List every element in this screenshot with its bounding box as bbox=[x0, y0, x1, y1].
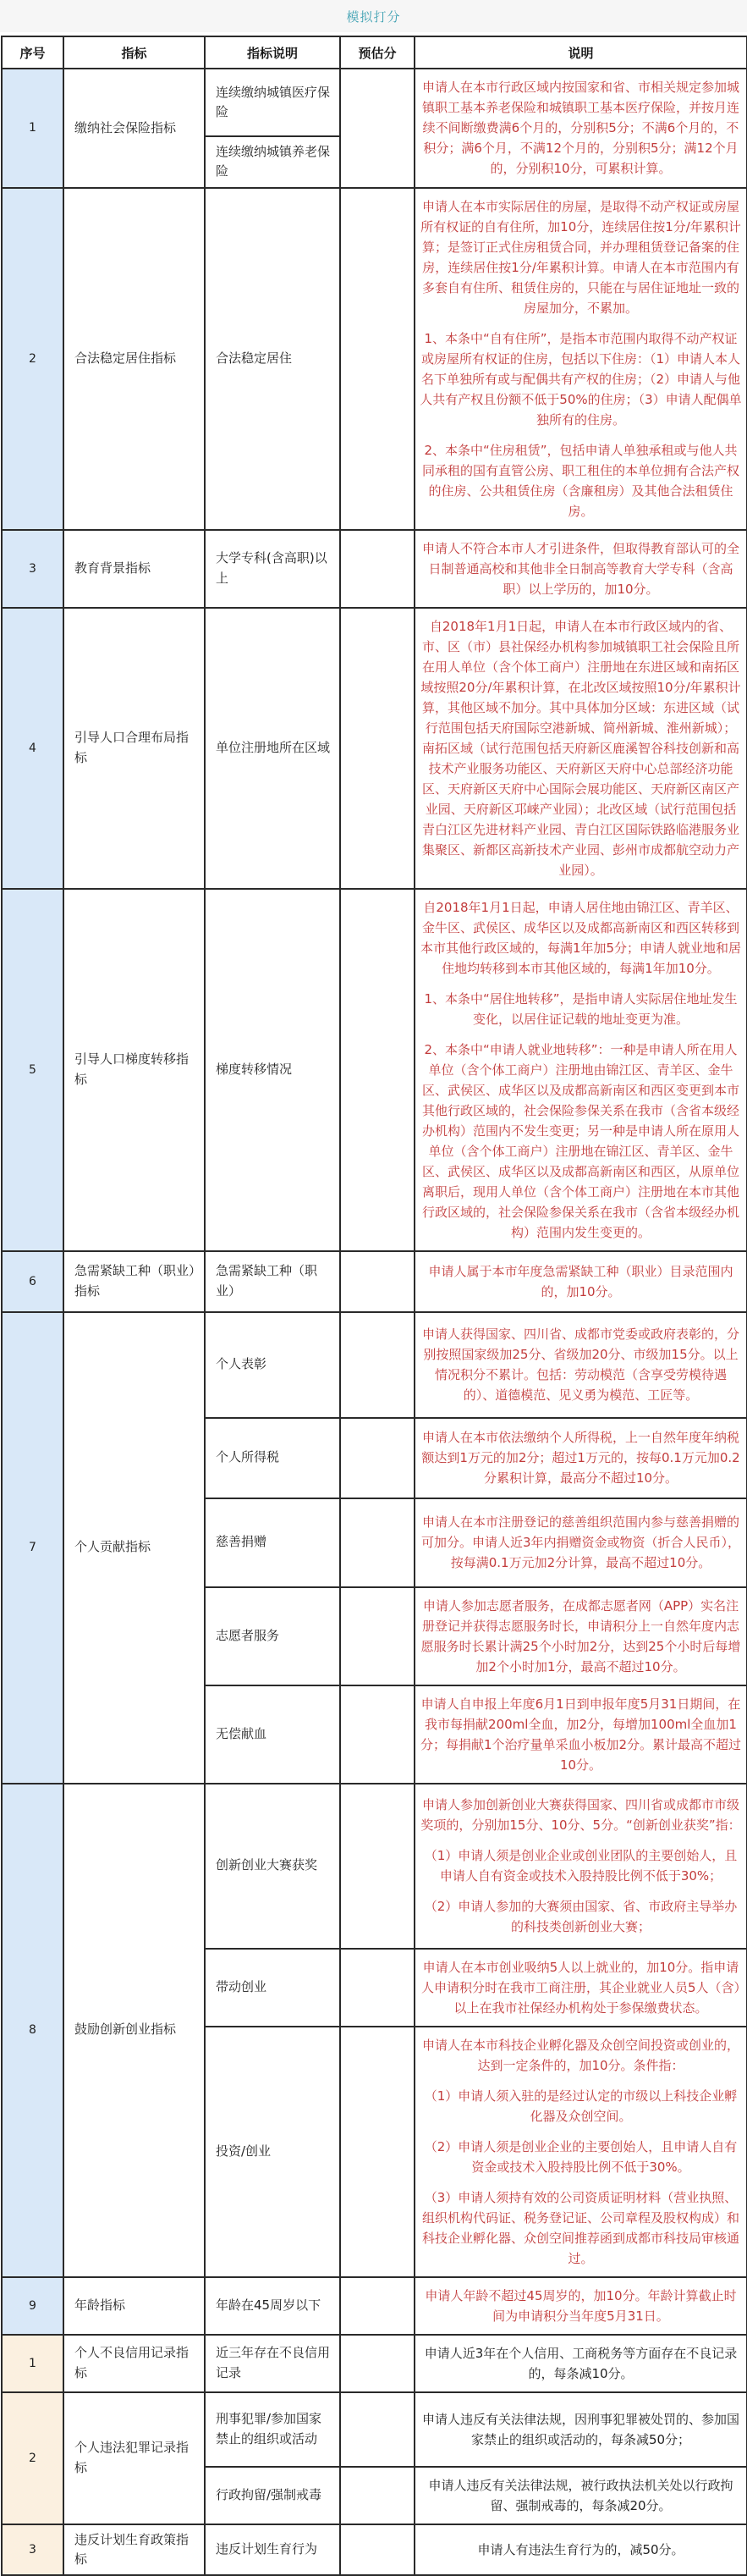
scoring-table: 序号 指标 指标说明 预估分 说明 1 缴纳社会保险指标 连续缴纳城镇医疗保险 … bbox=[1, 36, 747, 2576]
table-row: 3 教育背景指标 大学专科(含高职)以上 申请人不符合本市人才引进条件，但取得教… bbox=[2, 530, 747, 608]
explanation-paragraph: 申请人在本市注册登记的慈善组织范围内参与慈善捐赠的可加分。申请人近3年内捐赠资金… bbox=[420, 1512, 742, 1573]
explanation-paragraph: 申请人年龄不超过45周岁的，加10分。年龄计算截止时间为申请积分当年度5月31日… bbox=[420, 2286, 742, 2326]
indicator-cell: 引导人口合理布局指标 bbox=[63, 608, 205, 889]
explanation-cell: 申请人自申报上年度6月1日到申报年度5月31日期间，在我市每捐献200ml全血，… bbox=[415, 1685, 747, 1784]
estimated-score-cell bbox=[340, 1587, 415, 1685]
explanation-paragraph: 申请人违反有关法律法规，被行政执法机关处以行政拘留、强制戒毒的，每条减20分。 bbox=[420, 2475, 742, 2516]
explanation-paragraph: 自2018年1月1日起，申请人居住地由锦江区、青羊区、金牛区、武侯区、成华区以及… bbox=[420, 897, 742, 979]
explanation-paragraph: （2）申请人须是创业企业的主要创始人，且申请人自有资金或技术入股持股比例不低于3… bbox=[420, 2137, 742, 2177]
explanation-cell: 自2018年1月1日起，申请人在本市行政区域内的省、市、区（市）县社保经办机构参… bbox=[415, 608, 747, 889]
indicator-cell: 违反计划生育政策指标 bbox=[63, 2524, 205, 2576]
indicator-desc-cell: 创新创业大赛获奖 bbox=[205, 1784, 340, 1949]
explanation-paragraph: 申请人违反有关法律法规，因刑事犯罪被处罚的、参加国家禁止的组织或活动的，每条减5… bbox=[420, 2409, 742, 2450]
explanation-paragraph: 申请人近3年在个人信用、工商税务等方面存在不良记录的，每条减10分。 bbox=[420, 2343, 742, 2384]
explanation-paragraph: 申请人在本市科技企业孵化器及众创空间投资或创业的，达到一定条件的，加10分。条件… bbox=[420, 2035, 742, 2076]
explanation-cell: 申请人在本市行政区域内按国家和省、市相关规定参加城镇职工基本养老保险和城镇职工基… bbox=[415, 69, 747, 188]
indicator-cell: 合法稳定居住指标 bbox=[63, 188, 205, 530]
explanation-paragraph: 2、本条中“申请人就业地转移”：一种是申请人所在用人单位（含个体工商户）注册地由… bbox=[420, 1040, 742, 1243]
estimated-score-cell bbox=[340, 2467, 415, 2524]
page-title: 模拟打分 bbox=[346, 8, 400, 25]
explanation-paragraph: （1）申请人须是创业企业或创业团队的主要创始人，且申请人自有资金或技术入股持股比… bbox=[420, 1845, 742, 1886]
table-row: 6 急需紧缺工种（职业）指标 急需紧缺工种（职业） 申请人属于本市年度急需紧缺工… bbox=[2, 1251, 747, 1312]
estimated-score-cell bbox=[340, 608, 415, 889]
indicator-desc-cell: 年龄在45周岁以下 bbox=[205, 2277, 340, 2335]
col-header-explanation: 说明 bbox=[415, 36, 747, 69]
indicator-desc-cell: 刑事犯罪/参加国家禁止的组织或活动 bbox=[205, 2392, 340, 2467]
explanation-cell: 申请人在本市依法缴纳个人所得税，上一自然年度年纳税额达到1万元的加2分；超过1万… bbox=[415, 1418, 747, 1498]
explanation-cell: 申请人在本市注册登记的慈善组织范围内参与慈善捐赠的可加分。申请人近3年内捐赠资金… bbox=[415, 1498, 747, 1587]
estimated-score-cell bbox=[340, 1784, 415, 1949]
indicator-desc-cell: 无偿献血 bbox=[205, 1685, 340, 1784]
explanation-cell: 申请人参加志愿者服务，在成都志愿者网（APP）实名注册登记并获得志愿服务时长，申… bbox=[415, 1587, 747, 1685]
title-bar: 模拟打分 bbox=[0, 0, 747, 32]
indicator-cell: 年龄指标 bbox=[63, 2277, 205, 2335]
estimated-score-cell bbox=[340, 1312, 415, 1418]
serial-cell: 2 bbox=[2, 2392, 63, 2524]
estimated-score-cell bbox=[340, 2335, 415, 2392]
explanation-paragraph: 申请人获得国家、四川省、成都市党委或政府表彰的，分别按照国家级加25分、省级加2… bbox=[420, 1324, 742, 1405]
page: 模拟打分 序号 指标 指标说明 预估分 说明 1 缴纳社会保险指标 连续缴纳城镇… bbox=[0, 0, 747, 2576]
serial-cell: 3 bbox=[2, 2524, 63, 2576]
estimated-score-cell bbox=[340, 2524, 415, 2576]
explanation-cell: 申请人有违法生育行为的，减50分。 bbox=[415, 2524, 747, 2576]
explanation-paragraph: 申请人自申报上年度6月1日到申报年度5月31日期间，在我市每捐献200ml全血，… bbox=[420, 1694, 742, 1775]
serial-cell: 1 bbox=[2, 2335, 63, 2392]
estimated-score-cell bbox=[340, 1949, 415, 2027]
table-row: 3 违反计划生育政策指标 违反计划生育行为 申请人有违法生育行为的，减50分。 bbox=[2, 2524, 747, 2576]
estimated-score-cell bbox=[340, 1498, 415, 1587]
indicator-desc-cell: 个人所得税 bbox=[205, 1418, 340, 1498]
table-row: 4 引导人口合理布局指标 单位注册地所在区域 自2018年1月1日起，申请人在本… bbox=[2, 608, 747, 889]
table-row: 7 个人贡献指标 个人表彰 申请人获得国家、四川省、成都市党委或政府表彰的，分别… bbox=[2, 1312, 747, 1418]
explanation-cell: 申请人在本市实际居住的房屋，是取得不动产权证或房屋所有权证的自有住所，加10分，… bbox=[415, 188, 747, 530]
estimated-score-cell bbox=[340, 889, 415, 1251]
col-header-no: 序号 bbox=[2, 36, 63, 69]
indicator-cell: 个人违法犯罪记录指标 bbox=[63, 2392, 205, 2524]
estimated-score-cell bbox=[340, 2392, 415, 2467]
indicator-desc-cell: 慈善捐赠 bbox=[205, 1498, 340, 1587]
explanation-cell: 申请人在本市创业吸纳5人以上就业的，加10分。指申请人申请积分时在我市工商注册，… bbox=[415, 1949, 747, 2027]
explanation-cell: 申请人违反有关法律法规，被行政执法机关处以行政拘留、强制戒毒的，每条减20分。 bbox=[415, 2467, 747, 2524]
indicator-desc-cell: 单位注册地所在区域 bbox=[205, 608, 340, 889]
indicator-desc-cell: 急需紧缺工种（职业） bbox=[205, 1251, 340, 1312]
serial-cell: 9 bbox=[2, 2277, 63, 2335]
explanation-paragraph: （2）申请人参加的大赛须由国家、省、市政府主导举办的科技类创新创业大赛； bbox=[420, 1896, 742, 1937]
explanation-cell: 申请人获得国家、四川省、成都市党委或政府表彰的，分别按照国家级加25分、省级加2… bbox=[415, 1312, 747, 1418]
serial-cell: 8 bbox=[2, 1784, 63, 2277]
indicator-cell: 个人不良信用记录指标 bbox=[63, 2335, 205, 2392]
estimated-score-cell bbox=[340, 69, 415, 188]
explanation-paragraph: 申请人在本市实际居住的房屋，是取得不动产权证或房屋所有权证的自有住所，加10分，… bbox=[420, 196, 742, 318]
table-row: 2 个人违法犯罪记录指标 刑事犯罪/参加国家禁止的组织或活动 申请人违反有关法律… bbox=[2, 2392, 747, 2467]
explanation-paragraph: 申请人在本市行政区域内按国家和省、市相关规定参加城镇职工基本养老保险和城镇职工基… bbox=[420, 77, 742, 179]
serial-cell: 7 bbox=[2, 1312, 63, 1784]
explanation-paragraph: 申请人在本市依法缴纳个人所得税，上一自然年度年纳税额达到1万元的加2分；超过1万… bbox=[420, 1427, 742, 1488]
indicator-cell: 教育背景指标 bbox=[63, 530, 205, 608]
explanation-cell: 申请人参加创新创业大赛获得国家、四川省或成都市市级奖项的，分别加15分、10分、… bbox=[415, 1784, 747, 1949]
indicator-desc-cell: 个人表彰 bbox=[205, 1312, 340, 1418]
estimated-score-cell bbox=[340, 530, 415, 608]
explanation-paragraph: （3）申请人须持有效的公司资质证明材料（营业执照、组织机构代码证、税务登记证、公… bbox=[420, 2187, 742, 2269]
serial-cell: 5 bbox=[2, 889, 63, 1251]
explanation-cell: 申请人近3年在个人信用、工商税务等方面存在不良记录的，每条减10分。 bbox=[415, 2335, 747, 2392]
indicator-desc-cell: 违反计划生育行为 bbox=[205, 2524, 340, 2576]
indicator-desc-cell: 带动创业 bbox=[205, 1949, 340, 2027]
explanation-cell: 自2018年1月1日起，申请人居住地由锦江区、青羊区、金牛区、武侯区、成华区以及… bbox=[415, 889, 747, 1251]
explanation-cell: 申请人不符合本市人才引进条件，但取得教育部认可的全日制普通高校和其他非全日制高等… bbox=[415, 530, 747, 608]
col-header-indicator-desc: 指标说明 bbox=[205, 36, 340, 69]
serial-cell: 6 bbox=[2, 1251, 63, 1312]
explanation-cell: 申请人属于本市年度急需紧缺工种（职业）目录范围内的，加10分。 bbox=[415, 1251, 747, 1312]
explanation-cell: 申请人在本市科技企业孵化器及众创空间投资或创业的，达到一定条件的，加10分。条件… bbox=[415, 2027, 747, 2277]
header-row: 序号 指标 指标说明 预估分 说明 bbox=[2, 36, 747, 69]
explanation-paragraph: 2、本条中“住房租赁”，包括申请人单独承租或与他人共同承租的国有直管公房、职工租… bbox=[420, 440, 742, 521]
explanation-paragraph: 1、本条中“居住地转移”，是指申请人实际居住地址发生变化，以居住证记载的地址变更… bbox=[420, 989, 742, 1029]
indicator-desc-cell: 梯度转移情况 bbox=[205, 889, 340, 1251]
serial-cell: 2 bbox=[2, 188, 63, 530]
indicator-desc-cell: 投资/创业 bbox=[205, 2027, 340, 2277]
indicator-desc-cell: 大学专科(含高职)以上 bbox=[205, 530, 340, 608]
table-row: 8 鼓励创新创业指标 创新创业大赛获奖 申请人参加创新创业大赛获得国家、四川省或… bbox=[2, 1784, 747, 1949]
indicator-cell: 鼓励创新创业指标 bbox=[63, 1784, 205, 2277]
table-row: 1 个人不良信用记录指标 近三年存在不良信用记录 申请人近3年在个人信用、工商税… bbox=[2, 2335, 747, 2392]
indicator-cell: 引导人口梯度转移指标 bbox=[63, 889, 205, 1251]
indicator-cell: 缴纳社会保险指标 bbox=[63, 69, 205, 188]
explanation-paragraph: 自2018年1月1日起，申请人在本市行政区域内的省、市、区（市）县社保经办机构参… bbox=[420, 616, 742, 880]
estimated-score-cell bbox=[340, 2277, 415, 2335]
explanation-paragraph: 申请人属于本市年度急需紧缺工种（职业）目录范围内的，加10分。 bbox=[420, 1261, 742, 1302]
explanation-paragraph: 申请人有违法生育行为的，减50分。 bbox=[420, 2540, 742, 2560]
indicator-desc-cell: 连续缴纳城镇养老保险 bbox=[205, 136, 340, 188]
col-header-indicator: 指标 bbox=[63, 36, 205, 69]
explanation-paragraph: 申请人在本市创业吸纳5人以上就业的，加10分。指申请人申请积分时在我市工商注册，… bbox=[420, 1957, 742, 2018]
explanation-paragraph: （1）申请人须入驻的是经过认定的市级以上科技企业孵化器及众创空间。 bbox=[420, 2086, 742, 2126]
estimated-score-cell bbox=[340, 1418, 415, 1498]
indicator-cell: 急需紧缺工种（职业）指标 bbox=[63, 1251, 205, 1312]
explanation-paragraph: 1、本条中“自有住所”，是指本市范围内取得不动产权证或房屋所有权证的住房，包括以… bbox=[420, 328, 742, 430]
estimated-score-cell bbox=[340, 1685, 415, 1784]
indicator-desc-cell: 志愿者服务 bbox=[205, 1587, 340, 1685]
serial-cell: 4 bbox=[2, 608, 63, 889]
explanation-cell: 申请人违反有关法律法规，因刑事犯罪被处罚的、参加国家禁止的组织或活动的，每条减5… bbox=[415, 2392, 747, 2467]
estimated-score-cell bbox=[340, 188, 415, 530]
indicator-desc-cell: 合法稳定居住 bbox=[205, 188, 340, 530]
serial-cell: 3 bbox=[2, 530, 63, 608]
col-header-estimated-score: 预估分 bbox=[340, 36, 415, 69]
table-row: 2 合法稳定居住指标 合法稳定居住 申请人在本市实际居住的房屋，是取得不动产权证… bbox=[2, 188, 747, 530]
indicator-cell: 个人贡献指标 bbox=[63, 1312, 205, 1784]
indicator-desc-cell: 行政拘留/强制戒毒 bbox=[205, 2467, 340, 2524]
table-row: 5 引导人口梯度转移指标 梯度转移情况 自2018年1月1日起，申请人居住地由锦… bbox=[2, 889, 747, 1251]
table-row: 9 年龄指标 年龄在45周岁以下 申请人年龄不超过45周岁的，加10分。年龄计算… bbox=[2, 2277, 747, 2335]
explanation-paragraph: 申请人参加志愿者服务，在成都志愿者网（APP）实名注册登记并获得志愿服务时长，申… bbox=[420, 1596, 742, 1677]
indicator-desc-cell: 连续缴纳城镇医疗保险 bbox=[205, 69, 340, 136]
estimated-score-cell bbox=[340, 2027, 415, 2277]
estimated-score-cell bbox=[340, 1251, 415, 1312]
table-row: 1 缴纳社会保险指标 连续缴纳城镇医疗保险 申请人在本市行政区域内按国家和省、市… bbox=[2, 69, 747, 136]
explanation-paragraph: 申请人参加创新创业大赛获得国家、四川省或成都市市级奖项的，分别加15分、10分、… bbox=[420, 1795, 742, 1835]
serial-cell: 1 bbox=[2, 69, 63, 188]
explanation-cell: 申请人年龄不超过45周岁的，加10分。年龄计算截止时间为申请积分当年度5月31日… bbox=[415, 2277, 747, 2335]
explanation-paragraph: 申请人不符合本市人才引进条件，但取得教育部认可的全日制普通高校和其他非全日制高等… bbox=[420, 538, 742, 599]
indicator-desc-cell: 近三年存在不良信用记录 bbox=[205, 2335, 340, 2392]
